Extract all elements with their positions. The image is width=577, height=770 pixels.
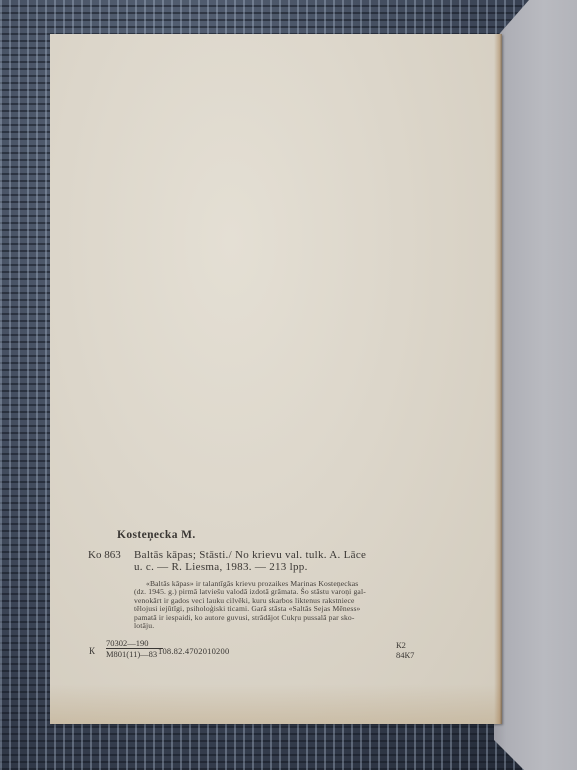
- classification-codes: К2 84К7: [396, 640, 414, 660]
- classification-line-1: К2: [396, 640, 414, 650]
- imprint-code: 108.82.4702010200: [158, 646, 229, 656]
- fraction-denominator: M801(11)—83: [106, 649, 163, 659]
- title-line-2: u. c. — R. Liesma, 1983. — 213 lpp.: [134, 561, 308, 573]
- classification-line-2: 84К7: [396, 650, 414, 660]
- book-page: Kosteņecka M. Ko 863 Baltās kāpas; Stāst…: [50, 34, 502, 724]
- imprint-fraction: 70302—190 M801(11)—83: [106, 638, 163, 659]
- fraction-numerator: 70302—190: [106, 638, 163, 649]
- title-line-1: Baltās kāpas; Stāsti./ No krievu val. tu…: [134, 549, 366, 561]
- catalog-number: Ko 863: [88, 549, 121, 561]
- annotation-paragraph: «Baltās kāpas» ir talantīgās krievu proz…: [134, 580, 468, 630]
- index-letter: К: [89, 646, 95, 656]
- annotation-line: pamatā ir iespaidi, ko autore guvusi, st…: [134, 614, 468, 622]
- author-name: Kosteņecka M.: [117, 529, 196, 541]
- facing-page: [494, 0, 577, 770]
- annotation-line: lotāju.: [134, 622, 468, 630]
